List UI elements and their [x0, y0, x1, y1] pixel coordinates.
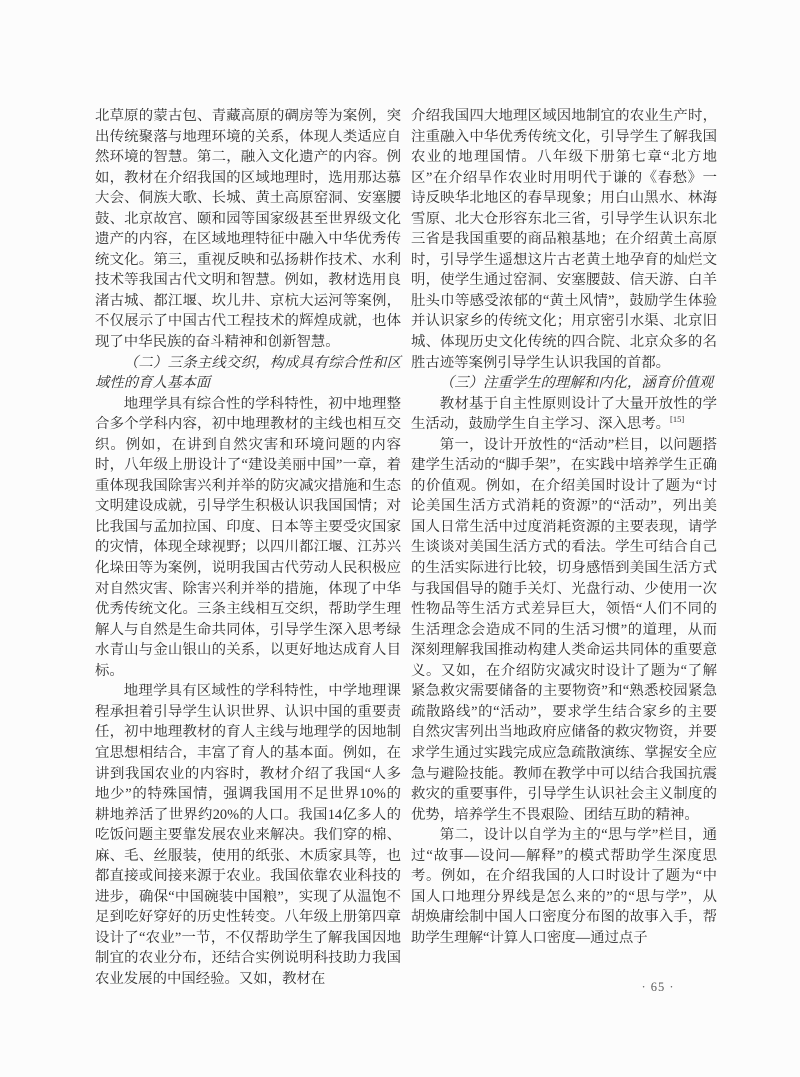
paragraph: 第一，设计开放性的“活动”栏目，以问题搭建学生活动的“脚手架”，在实践中培养学生… [411, 435, 717, 825]
paragraph: 北草原的蒙古包、青藏高原的碉房等为案例，突出传统聚落与地理环境的关系，体现人类适… [95, 106, 401, 353]
paragraph: 介绍我国四大地理区域因地制宜的农业生产时，注重融入中华优秀传统文化，引导学生了解… [411, 106, 717, 373]
left-column: 北草原的蒙古包、青藏高原的碉房等为案例，突出传统聚落与地理环境的关系，体现人类适… [95, 106, 401, 990]
section-heading-3: （三）注重学生的理解和内化，涵育价值观 [411, 373, 717, 394]
paragraph: 第二，设计以自学为主的“思与学”栏目，通过“故事—设问—解释”的模式帮助学生深度… [411, 825, 717, 948]
page-number: · 65 · [598, 980, 718, 995]
section-heading-2: （二）三条主线交织，构成具有综合性和区域性的育人基本面 [95, 353, 401, 394]
citation-marker: [15] [670, 414, 684, 424]
paragraph: 教材基于自主性原则设计了大量开放性的学生活动，鼓励学生自主学习、深入思考。[15… [411, 394, 717, 435]
document-page: 北草原的蒙古包、青藏高原的碉房等为案例，突出传统聚落与地理环境的关系，体现人类适… [0, 0, 800, 1077]
paragraph: 地理学具有区域性的学科特性，中学地理课程承担着引导学生认识世界、认识中国的重要责… [95, 681, 401, 989]
paragraph: 地理学具有综合性的学科特性，初中地理整合多个学科内容，初中地理教材的主线也相互交… [95, 394, 401, 682]
right-column: 介绍我国四大地理区域因地制宜的农业生产时，注重融入中华优秀传统文化，引导学生了解… [411, 106, 717, 948]
